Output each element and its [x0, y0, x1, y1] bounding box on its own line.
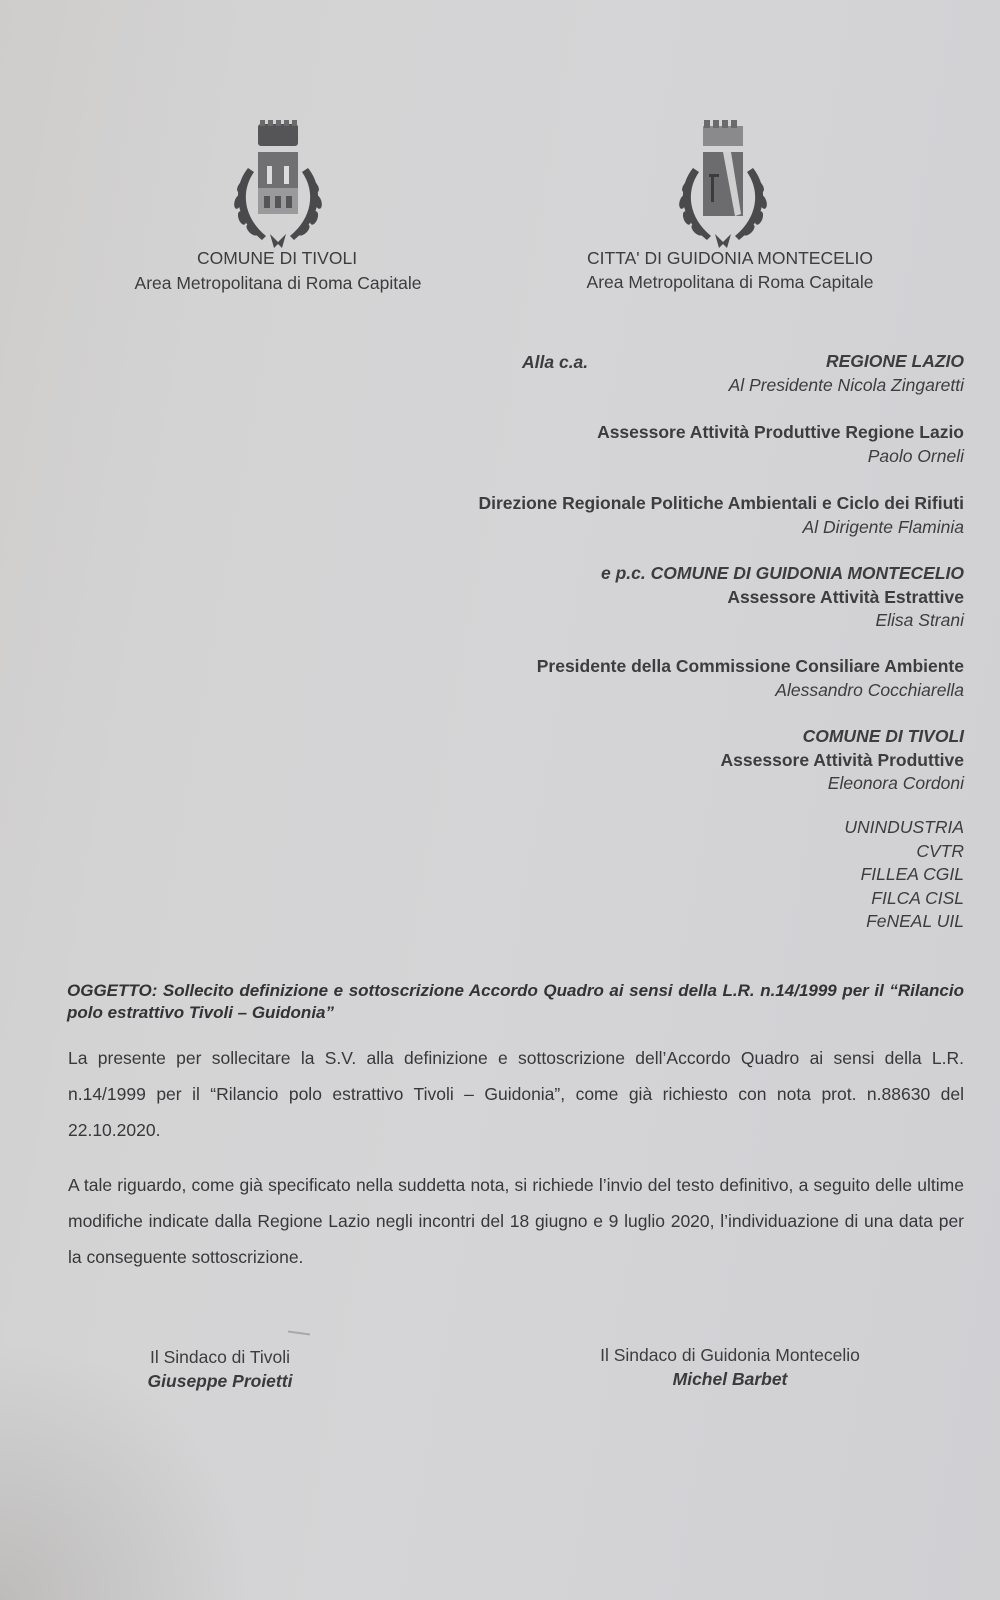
right-signature-role: Il Sindaco di Guidonia Montecelio — [580, 1345, 880, 1366]
addressee-line: UNINDUSTRIA — [324, 816, 964, 840]
body-paragraph-1: La presente per sollecitare la S.V. alla… — [68, 1040, 964, 1148]
addressee-line: Assessore Attività Produttive Regione La… — [324, 421, 964, 445]
addressee-line: FILCA CISL — [324, 887, 964, 911]
addressee-block-direzione: Direzione Regionale Politiche Ambientali… — [324, 492, 964, 539]
addressee-line: COMUNE DI TIVOLI — [324, 725, 964, 749]
addressee-line: Assessore Attività Estrattive — [324, 586, 964, 610]
left-signature-role: Il Sindaco di Tivoli — [120, 1347, 320, 1368]
addressee-line: Al Dirigente Flaminia — [324, 516, 964, 540]
addressee-line: Direzione Regionale Politiche Ambientali… — [324, 492, 964, 516]
right-header-subtitle: Area Metropolitana di Roma Capitale — [540, 272, 920, 293]
addressee-block-regione: REGIONE LAZIO Al Presidente Nicola Zinga… — [324, 350, 964, 397]
addressee-line: Presidente della Commissione Consiliare … — [324, 655, 964, 679]
tivoli-coat-of-arms-icon — [218, 118, 338, 248]
addressee-line: REGIONE LAZIO — [324, 350, 964, 374]
left-header-title: COMUNE DI TIVOLI — [137, 248, 417, 269]
addressee-line: Paolo Orneli — [324, 445, 964, 469]
addressee-line: Elisa Strani — [324, 609, 964, 633]
left-header-subtitle: Area Metropolitana di Roma Capitale — [100, 273, 456, 294]
addressee-block-organizations: UNINDUSTRIA CVTR FILLEA CGIL FILCA CISL … — [324, 816, 964, 934]
addressee-block-assessore-regione: Assessore Attività Produttive Regione La… — [324, 421, 964, 468]
left-signature-name: Giuseppe Proietti — [120, 1371, 320, 1392]
addressee-line: Assessore Attività Produttive — [324, 749, 964, 773]
right-signature-name: Michel Barbet — [580, 1369, 880, 1390]
addressee-line: e p.c. COMUNE DI GUIDONIA MONTECELIO — [324, 562, 964, 586]
addressee-line: Alessandro Cocchiarella — [324, 679, 964, 703]
guidonia-coat-of-arms-icon — [663, 118, 783, 248]
addressee-block-guidonia: e p.c. COMUNE DI GUIDONIA MONTECELIO Ass… — [324, 562, 964, 633]
right-header-title: CITTA' DI GUIDONIA MONTECELIO — [540, 248, 920, 269]
addressee-line: CVTR — [324, 840, 964, 864]
addressee-block-tivoli: COMUNE DI TIVOLI Assessore Attività Prod… — [324, 725, 964, 796]
addressee-line: Eleonora Cordoni — [324, 772, 964, 796]
body-paragraph-2: A tale riguardo, come già specificato ne… — [68, 1167, 964, 1275]
paper-mark — [288, 1330, 310, 1335]
addressee-block-commissione: Presidente della Commissione Consiliare … — [324, 655, 964, 702]
addressee-line: Al Presidente Nicola Zingaretti — [324, 374, 964, 398]
addressee-line: FILLEA CGIL — [324, 863, 964, 887]
addressee-line: FeNEAL UIL — [324, 910, 964, 934]
subject-line: OGGETTO: Sollecito definizione e sottosc… — [67, 980, 964, 1024]
